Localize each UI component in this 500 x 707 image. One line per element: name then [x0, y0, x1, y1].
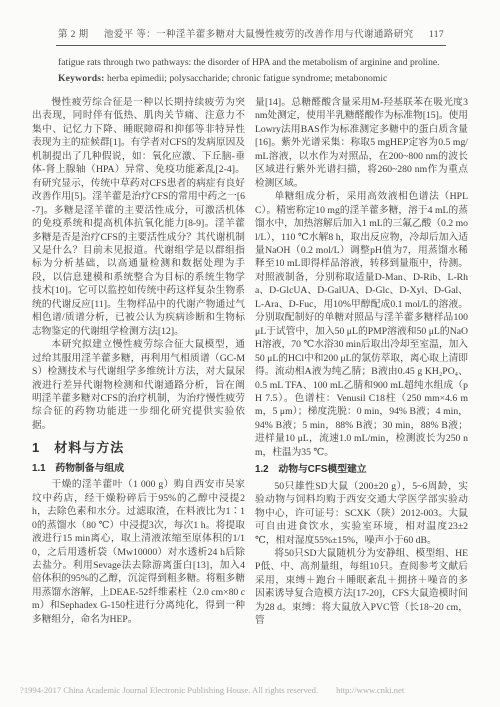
- right-column: 量[14]。总糖醛酸含量采用M-羟基联苯在吸光度3 nm处测定，使用半乳糖醛酸作…: [255, 96, 468, 624]
- header-page-number: 117: [429, 30, 444, 40]
- section-heading: 1.2 动物与CFS模型建立: [255, 463, 468, 476]
- body-paragraph: 本研究拟建立慢性疲劳综合征大鼠模型，通过给其服用淫羊藿多糖，再利用气相质谱（GC…: [32, 338, 245, 432]
- section-heading: 1 材料与方法: [32, 441, 245, 454]
- body-paragraph: 50只雄性SD大鼠（200±20 g），5~6周龄，实验动物与饲料均购于西安交通…: [255, 480, 468, 547]
- copyright-text: ?1994-2017 China Academic Journal Electr…: [20, 685, 318, 695]
- body-paragraph: 干燥的淫羊藿叶（1 000 g）购自西安市吴家坟中药店，经干燥粉碎后于95%的乙…: [32, 478, 245, 624]
- header-issue: 第 2 期: [58, 26, 89, 40]
- keywords-line: Keywords: herba epimedii; polysaccharide…: [58, 71, 454, 87]
- keywords-text: herba epimedii; polysaccharide; chronic …: [107, 73, 387, 84]
- body-paragraph: 量[14]。总糖醛酸含量采用M-羟基联苯在吸光度3 nm处测定，使用半乳糖醛酸作…: [255, 96, 468, 190]
- body-paragraph: 将50只SD大鼠随机分为安静组、模型组、HEP低、中、高剂量组，每组10只。查阅…: [255, 547, 468, 624]
- page-header: 第 2 期 池爱平 等：一种淫羊藿多糖对大鼠慢性疲劳的改善作用与代谢通路研究 1…: [58, 26, 444, 40]
- keywords-label: Keywords:: [58, 73, 105, 84]
- body-columns: 慢性疲劳综合征是一种以长期持续疲劳为突出表现，同时伴有低热、肌肉关节痛、注意力不…: [32, 96, 468, 624]
- abstract-continuation-text: fatigue rats through two pathways: the d…: [58, 55, 454, 71]
- header-running-title: 池爱平 等：一种淫羊藿多糖对大鼠慢性疲劳的改善作用与代谢通路研究: [89, 26, 429, 40]
- section-heading: 1.1 药物制备与组成: [32, 462, 245, 475]
- page-footer: ?1994-2017 China Academic Journal Electr…: [20, 685, 480, 695]
- body-paragraph: 单糖组成分析，采用高效液相色谱法（HPLC）。精密称定10 mg的淫羊藿多糖，溶…: [255, 190, 468, 459]
- journal-page: 第 2 期 池爱平 等：一种淫羊藿多糖对大鼠慢性疲劳的改善作用与代谢通路研究 1…: [0, 0, 500, 707]
- cnki-url: http://www.cnki.net: [336, 685, 404, 695]
- left-column: 慢性疲劳综合征是一种以长期持续疲劳为突出表现，同时伴有低热、肌肉关节痛、注意力不…: [32, 96, 245, 624]
- header-rule: [56, 45, 446, 46]
- abstract-tail: fatigue rats through two pathways: the d…: [58, 55, 454, 87]
- body-paragraph: 慢性疲劳综合征是一种以长期持续疲劳为突出表现，同时伴有低热、肌肉关节痛、注意力不…: [32, 96, 245, 338]
